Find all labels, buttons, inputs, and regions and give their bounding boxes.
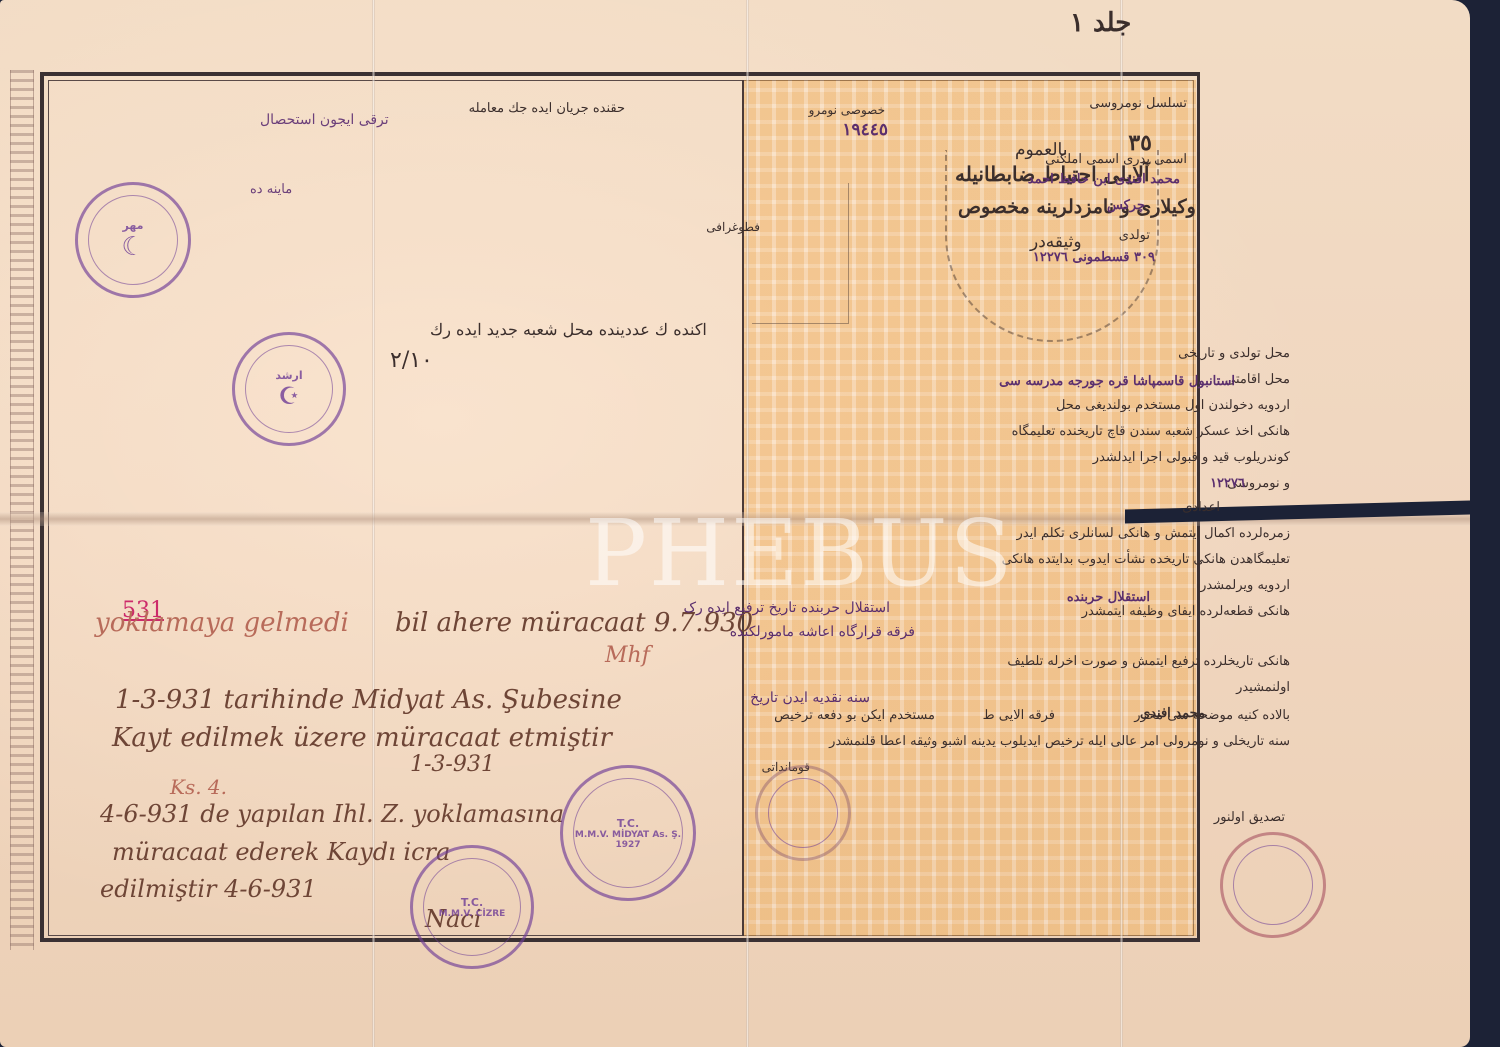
crest-line: وکیلاری و نامزدلرینه مخصوص xyxy=(958,196,1196,218)
photo-label: فطوغرافی xyxy=(706,220,760,234)
photo-box xyxy=(752,183,849,324)
field-label: زمره‌لرده اکمال ایتمش و هانکی لسانلری تک… xyxy=(1017,526,1290,541)
field-value: استقلال حربنده xyxy=(1067,590,1150,605)
field-label: هانکی اخذ عسکر شعبه سندن قاچ تاریخنده تع… xyxy=(1012,424,1290,439)
signature: Mhf xyxy=(605,643,650,668)
stamp-text: T.C. xyxy=(617,817,639,830)
service-note: سنه نقدیه ایدن تاریخ xyxy=(750,690,870,706)
stamp-text: ارشد xyxy=(275,369,302,382)
stamp-text: مهر xyxy=(123,219,144,232)
stamp-text: M.M.V. MİDYAT As. Ş. xyxy=(575,830,681,840)
stamp-text: T.C. xyxy=(461,896,483,909)
field-label: فرقه الایی ط xyxy=(983,708,1055,723)
middle-seal-stamp: ارشد☪ xyxy=(232,332,346,446)
field-label: اردویه دخولندن اول مستخدم بولندیغی محل xyxy=(1056,398,1290,413)
crescent-star-icon: ☪ xyxy=(278,382,300,410)
turkish-note-line2: 1-3-931 tarihinde Midyat As. Şubesine xyxy=(115,685,622,715)
field-label: هانکی تاریخلرده ترفیع ایتمش و صورت اخرله… xyxy=(1007,654,1290,669)
service-note: فرقه قرارگاه اعاشه مامورلکنده xyxy=(730,624,915,640)
turkish-note-line5: müracaat ederek Kaydı icra xyxy=(112,838,450,866)
field-label-birth: تولدی xyxy=(1119,228,1150,243)
crest-line: وثیقه‌در xyxy=(1030,232,1082,252)
midyat-stamp: T.C. M.M.V. MİDYAT As. Ş. 1927 xyxy=(560,765,696,901)
field-value: محمد افندی xyxy=(1140,706,1205,721)
upper-seal-stamp: مهر☾ xyxy=(75,182,191,298)
field-label-name: اسمی پدری اسمی املکنی xyxy=(1045,152,1187,167)
field-label: تعلیمگاهدن هانکی تاریخده نشأت ایدوب بدای… xyxy=(1002,552,1290,567)
field-value-residence: استانبول قاسمپاشا قره جورجه مدرسه سی xyxy=(999,374,1235,389)
serial-label: تسلسل نومروسی xyxy=(1089,96,1187,111)
turkish-note-line1-left: yoklamaya gelmedi xyxy=(95,608,349,638)
special-number: ١٩٤٤٥ xyxy=(842,120,888,140)
volume-note: جلد ١ xyxy=(1070,8,1131,38)
stamp-text: 1927 xyxy=(615,840,640,850)
watermark: PHEBUS xyxy=(585,500,1014,607)
field-label: اردویه ویرلمشدر xyxy=(1200,578,1290,593)
turkish-note-line4: 4-6-931 de yapılan Ihl. Z. yoklamasına xyxy=(100,800,564,828)
left-page-header: حقنده جریان ایده جك معامله xyxy=(469,101,625,116)
middle-note: اکنده ك عددینده محل شعبه جدید ایده رك xyxy=(430,320,707,339)
field-label: اولنمشیدر xyxy=(1236,680,1290,695)
field-value: ١٢٢٧٦ xyxy=(1210,476,1245,491)
special-label: خصوصی نومرو xyxy=(809,103,885,117)
document-paper: جلد ١ حقنده جریان ایده جك معامله ترقی ای… xyxy=(0,0,1470,1047)
cizre-stamp: T.C. M.M.V. CİZRE xyxy=(410,845,534,969)
upper-note: ترقی ایجون استحصال xyxy=(260,112,389,128)
turkish-note-date: 1-3-931 xyxy=(410,752,495,777)
turkish-note-line3: Kayt edilmek üzere müracaat etmiştir xyxy=(112,723,612,753)
field-label: محل تولدی و تاریخی xyxy=(1178,346,1290,361)
upper-note: ماینه ده xyxy=(250,182,292,197)
turkish-note-label: Ks. 4. xyxy=(170,775,227,799)
approval-stamp xyxy=(1220,832,1326,938)
field-value-birth: ٣٠٩ قسطمونی ١٢٢٧٦ xyxy=(1033,250,1155,265)
field-value: مستخدم ایکن بو دفعه ترخیص xyxy=(774,708,935,723)
stamp-text: M.M.V. CİZRE xyxy=(439,909,506,919)
crescent-icon: ☾ xyxy=(121,232,144,262)
commander-stamp xyxy=(755,765,851,861)
approval-label: تصدیق اولنور xyxy=(1214,810,1285,825)
field-label: سنه تاریخلی و نومرولی امر عالی ایله ترخی… xyxy=(829,734,1290,749)
middle-fraction: ٢/١٠ xyxy=(390,348,433,373)
ornamental-border xyxy=(10,70,34,950)
field-label: هانکی قطعه‌لرده ایفای وظیفه ایتمشدر xyxy=(1082,604,1290,619)
field-label: کوندریلوب قید و قبولی اجرا ایدلشدر xyxy=(1093,450,1290,465)
field-label: اعدادی xyxy=(1182,500,1220,515)
field-value-name: محمد افندی ابن حافظ احمد xyxy=(1028,172,1180,187)
field-value-origin: چرکس xyxy=(1107,198,1145,213)
turkish-note-line6: edilmiştir 4-6-931 xyxy=(100,875,317,903)
